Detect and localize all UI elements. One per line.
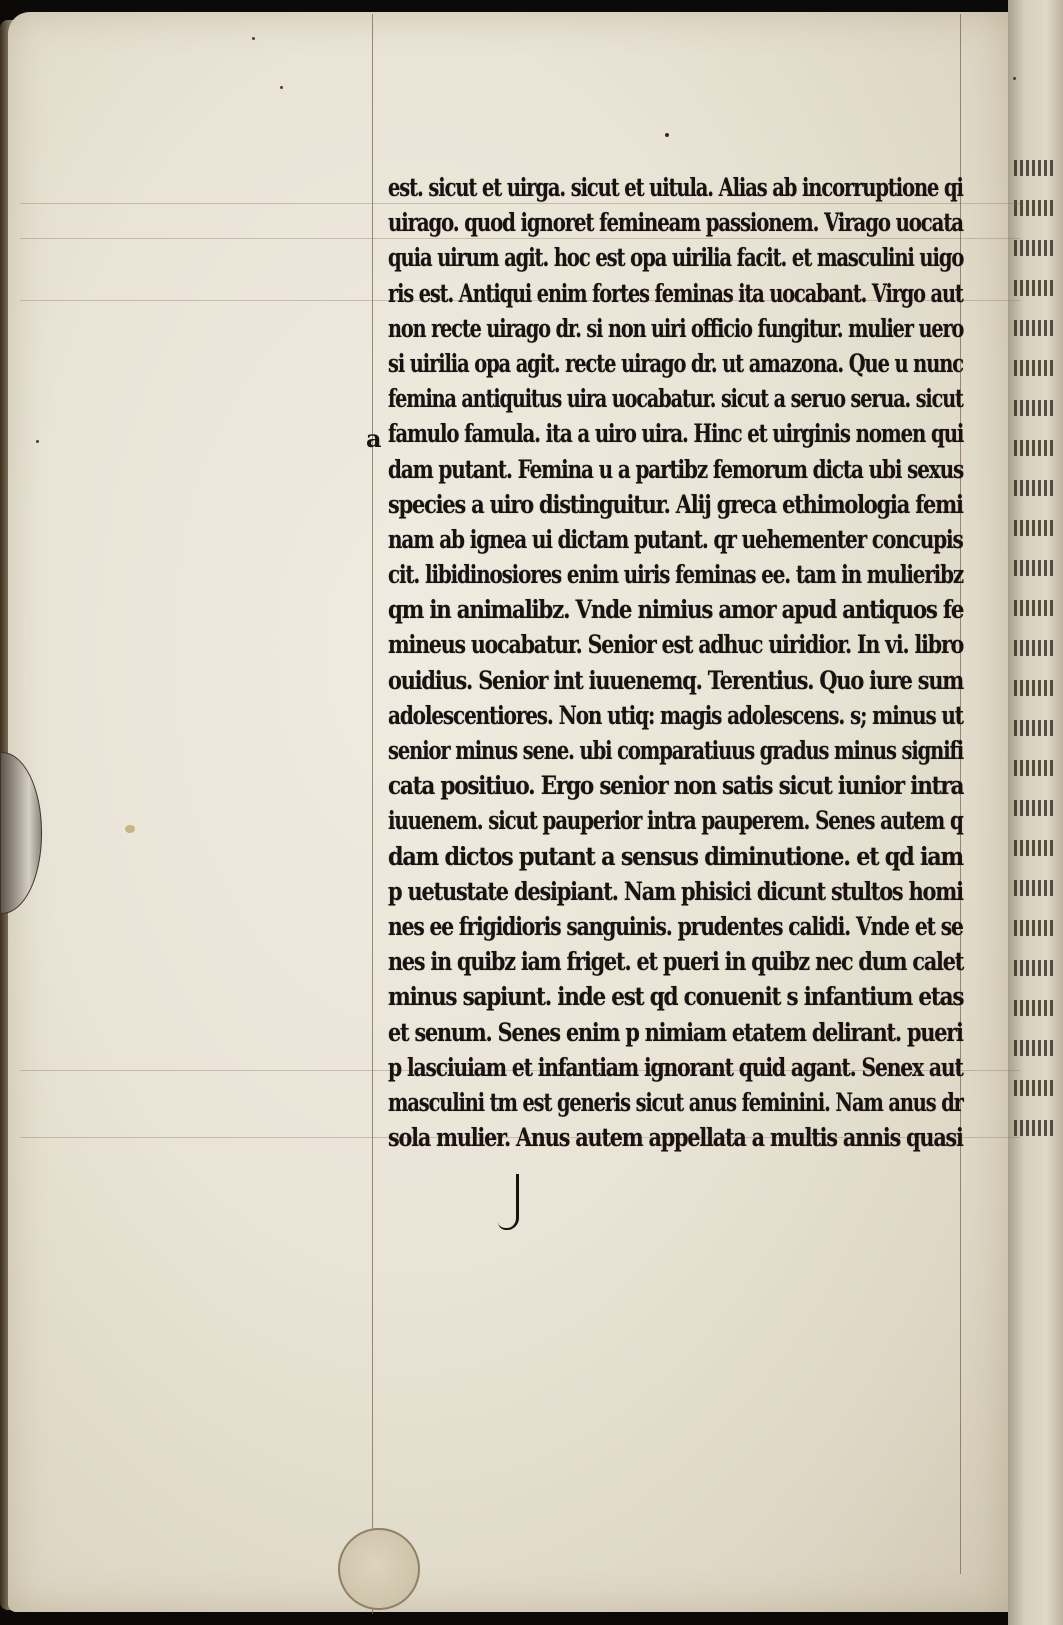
text-line: adolescentiores. Non utiq: magis adolesc… xyxy=(388,698,867,733)
speck xyxy=(36,440,39,443)
facing-page-text-fragment xyxy=(1014,960,1054,976)
text-line: masculini tm est generis sicut anus femi… xyxy=(388,1085,852,1120)
left-ruling-line xyxy=(372,14,373,1614)
text-line: si uirilia opa agit. recte uirago dr. ut… xyxy=(388,346,854,381)
text-line: cit. libidinosiores enim uiris feminas e… xyxy=(388,557,864,592)
facing-page-text-fragment xyxy=(1014,840,1054,856)
facing-page-text-fragment xyxy=(1014,360,1054,376)
facing-page-text-fragment xyxy=(1014,240,1054,256)
facing-page-text-fragment xyxy=(1014,440,1054,456)
facing-page-text-fragment xyxy=(1014,1000,1054,1016)
facing-page-text-fragment xyxy=(1014,880,1054,896)
facing-page-text-fragment xyxy=(1014,480,1054,496)
text-line: nes in quibz iam friget. et pueri in qui… xyxy=(388,944,884,979)
facing-page-text-fragment xyxy=(1014,520,1054,536)
text-line: sola mulier. Anus autem appellata a mult… xyxy=(388,1120,884,1155)
text-line: qm in animalibz. Vnde nimius amor apud a… xyxy=(388,592,900,627)
facing-page-text-fragment xyxy=(1014,800,1054,816)
speck xyxy=(252,37,255,40)
facing-page-edge xyxy=(1008,0,1063,1625)
facing-page-text-fragment xyxy=(1014,720,1054,736)
text-line: ris est. Antiqui enim fortes feminas ita… xyxy=(388,276,850,311)
text-line: ouidius. Senior int iuuenemq. Terentius.… xyxy=(388,663,887,698)
speck xyxy=(280,86,283,89)
text-line: minus sapiunt. inde est qd conuenit s in… xyxy=(388,979,904,1014)
text-line: quia uirum agit. hoc est opa uirilia fac… xyxy=(388,240,856,275)
text-line: p uetustate desipiant. Nam phisici dicun… xyxy=(388,874,888,909)
facing-page-text-fragment xyxy=(1014,760,1054,776)
text-line: senior minus sene. ubi comparatiuus grad… xyxy=(388,733,855,768)
descender-flourish xyxy=(498,1174,519,1230)
speck xyxy=(1013,77,1016,80)
text-line: non recte uirago dr. si non uiri officio… xyxy=(388,311,849,346)
manuscript-text-block: est. sicut et uirga. sicut et uitula. Al… xyxy=(388,170,988,1155)
facing-page-text-fragment xyxy=(1014,680,1054,696)
text-line: femina antiquitus uira uocabatur. sicut … xyxy=(388,381,847,416)
facing-page-text-fragment xyxy=(1014,200,1054,216)
stain-spot xyxy=(125,825,135,833)
text-line: dam dictos putant a sensus diminutione. … xyxy=(388,839,924,874)
text-line: dam putant. Femina u a partibz femorum d… xyxy=(388,452,867,487)
facing-page-text-fragment xyxy=(1014,320,1054,336)
text-line: famulo famula. ita a uiro uira. Hinc et … xyxy=(388,416,861,451)
facing-page-text-fragment xyxy=(1014,400,1054,416)
seal-stain xyxy=(338,1528,420,1610)
text-line: mineus uocabatur. Senior est adhuc uirid… xyxy=(388,627,879,662)
facing-page-text-fragment xyxy=(1014,920,1054,936)
facing-page-text-fragment xyxy=(1014,560,1054,576)
facing-page-text-fragment xyxy=(1014,1040,1054,1056)
facing-page-text-fragment xyxy=(1014,640,1054,656)
facing-page-text-fragment xyxy=(1014,1080,1054,1096)
text-line: est. sicut et uirga. sicut et uitula. Al… xyxy=(388,170,855,205)
text-line: p lasciuiam et infantiam ignorant quid a… xyxy=(388,1050,874,1085)
text-line: uirago. quod ignoret femineam passionem.… xyxy=(388,205,860,240)
text-line: iuuenem. sicut pauperior intra pauperem.… xyxy=(388,803,861,838)
text-line: et senum. Senes enim p nimiam etatem del… xyxy=(388,1015,885,1050)
marginal-letter: a xyxy=(366,424,382,453)
facing-page-text-fragment xyxy=(1014,160,1054,176)
facing-page-text-fragment xyxy=(1014,280,1054,296)
text-line: species a uiro distinguitur. Alij greca … xyxy=(388,487,889,522)
text-line: cata positiuo. Ergo senior non satis sic… xyxy=(388,768,904,803)
facing-page-text-fragment xyxy=(1014,1120,1054,1136)
stain-spot xyxy=(665,133,669,137)
text-line: nes ee frigidioris sanguinis. prudentes … xyxy=(388,909,874,944)
facing-page-text-fragment xyxy=(1014,600,1054,616)
text-line: nam ab ignea ui dictam putant. qr ueheme… xyxy=(388,522,869,557)
